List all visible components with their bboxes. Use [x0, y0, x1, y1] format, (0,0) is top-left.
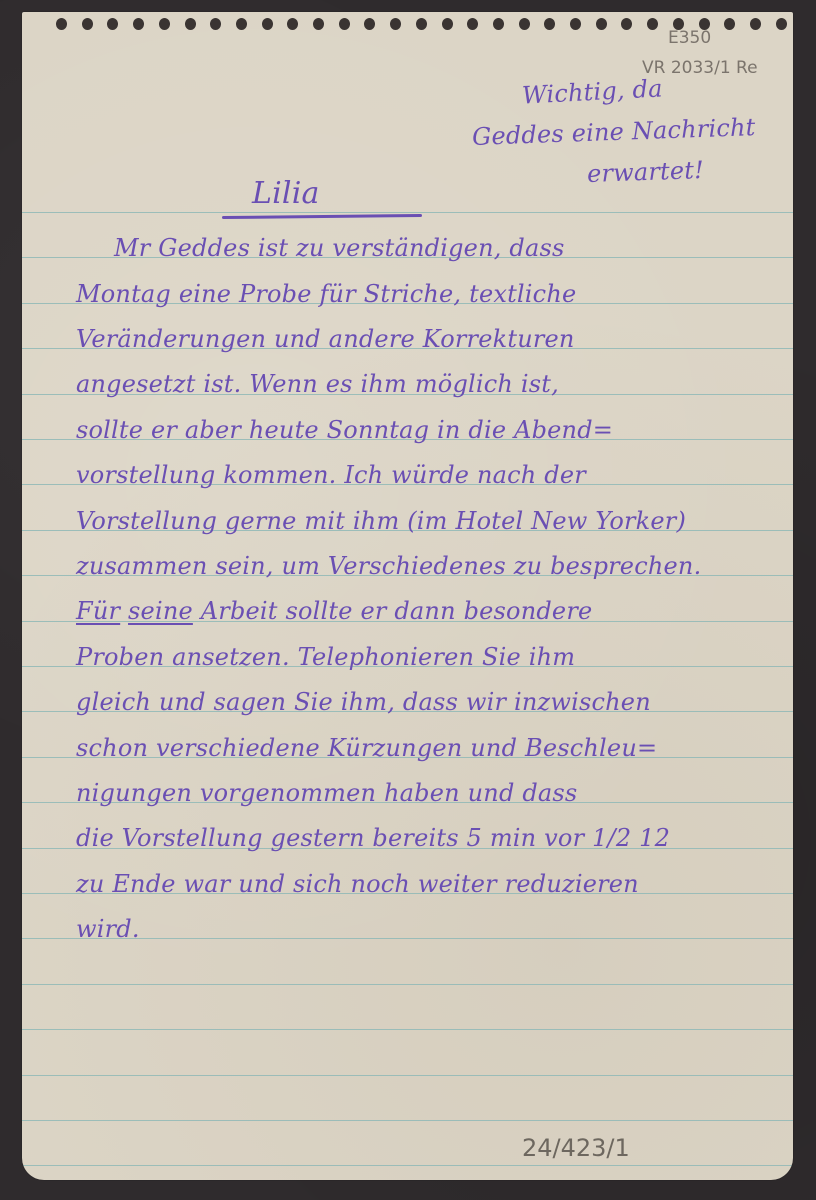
perforation-hole [56, 18, 67, 30]
underlined-word-seine: seine [128, 597, 193, 625]
body-line-2: Montag eine Probe für Striche, textliche [76, 280, 576, 308]
title-underline [222, 214, 422, 219]
archive-mark-e350: E350 [668, 28, 711, 48]
ruled-line [22, 1075, 793, 1076]
body-line-7: Vorstellung gerne mit ihm (im Hotel New … [76, 507, 686, 535]
perforation-hole [621, 18, 632, 30]
perforation-hole [750, 18, 761, 30]
perforation-hole [339, 18, 350, 30]
body-line-13: nigungen vorgenommen haben und dass [76, 779, 577, 807]
notepad-page: E350 VR 2033/1 Re Wichtig, da Geddes ein… [22, 12, 793, 1180]
underlined-word-fuer: Für [76, 597, 120, 625]
ruled-line [22, 212, 793, 213]
perforation-hole [133, 18, 144, 30]
perforation-hole [570, 18, 581, 30]
perforation-hole [364, 18, 375, 30]
body-line-9: Für seine Arbeit sollte er dann besonder… [76, 597, 592, 625]
perforation-hole [519, 18, 530, 30]
side-note-line-3: erwartet! [587, 156, 705, 188]
perforation-hole [544, 18, 555, 30]
body-line-8: zusammen sein, um Verschiedenes zu bespr… [76, 552, 701, 580]
body-line-9-rest: Arbeit sollte er dann besondere [201, 597, 593, 625]
perforation-hole [210, 18, 221, 30]
perforation-hole [287, 18, 298, 30]
body-line-15: zu Ende war und sich noch weiter reduzie… [76, 870, 639, 898]
perforation-hole [236, 18, 247, 30]
ruled-line [22, 984, 793, 985]
perforation-hole [647, 18, 658, 30]
perforation-hole [596, 18, 607, 30]
perforation-hole [416, 18, 427, 30]
body-line-16: wird. [76, 915, 140, 943]
ruled-line [22, 1029, 793, 1030]
perforation-hole [185, 18, 196, 30]
body-line-5: sollte er aber heute Sonntag in die Aben… [76, 416, 613, 444]
body-line-4: angesetzt ist. Wenn es ihm möglich ist, [76, 370, 559, 398]
perforation-hole [442, 18, 453, 30]
body-line-6: vorstellung kommen. Ich würde nach der [76, 461, 586, 489]
perforation-hole [467, 18, 478, 30]
perforation-hole [313, 18, 324, 30]
archive-number-bottom: 24/423/1 [522, 1134, 630, 1162]
body-line-1: Mr Geddes ist zu verständigen, dass [114, 234, 565, 262]
perforation-hole [82, 18, 93, 30]
ruled-line [22, 1165, 793, 1166]
document-title: Lilia [252, 176, 320, 211]
body-line-11: gleich und sagen Sie ihm, dass wir inzwi… [76, 688, 651, 716]
body-line-14: die Vorstellung gestern bereits 5 min vo… [76, 824, 670, 852]
perforation-hole [776, 18, 787, 30]
ruled-line [22, 1120, 793, 1121]
body-line-3: Veränderungen und andere Korrekturen [76, 325, 575, 353]
body-line-12: schon verschiedene Kürzungen und Beschle… [76, 734, 657, 762]
perforation-hole [724, 18, 735, 30]
perforation-hole [107, 18, 118, 30]
body-line-10: Proben ansetzen. Telephonieren Sie ihm [76, 643, 575, 671]
side-note-line-2: Geddes eine Nachricht [472, 113, 756, 151]
perforation-hole [262, 18, 273, 30]
perforation-hole [159, 18, 170, 30]
side-note-line-1: Wichtig, da [521, 74, 663, 109]
perforation-hole [390, 18, 401, 30]
perforation-hole [493, 18, 504, 30]
